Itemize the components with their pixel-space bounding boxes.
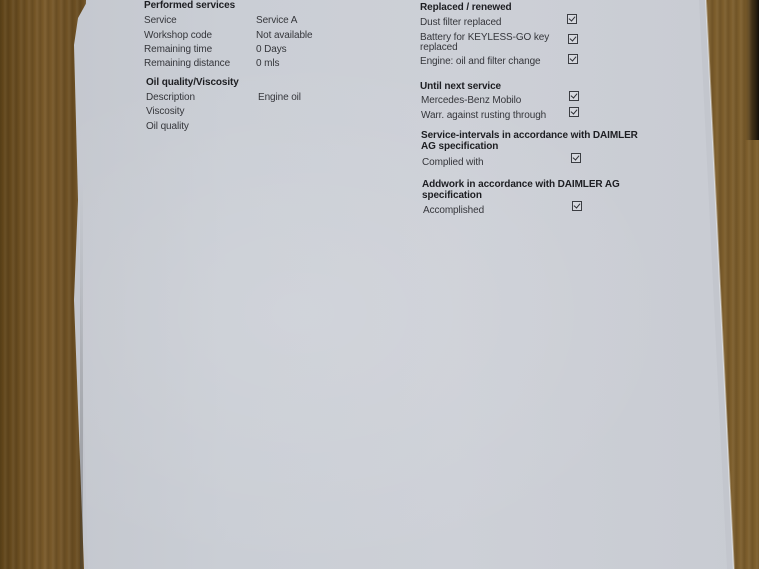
checkbox-checked-icon <box>568 54 578 64</box>
workshop-code-value: Not available <box>256 30 313 42</box>
engine-oil-filter-label: Engine: oil and filter change <box>420 56 541 68</box>
accomplished-label: Accomplished <box>423 205 484 217</box>
service-intervals-heading-line2: AG specification <box>421 141 498 153</box>
remaining-time-value: 0 Days <box>256 44 287 56</box>
remaining-distance-label: Remaining distance <box>144 58 230 70</box>
checkbox-checked-icon <box>569 107 579 117</box>
service-value: Service A <box>256 15 297 27</box>
until-next-service-heading: Until next service <box>420 81 501 93</box>
checkbox-checked-icon <box>567 14 577 24</box>
performed-services-heading: Performed services <box>144 0 235 12</box>
checkbox-checked-icon <box>569 91 579 101</box>
viscosity-label: Viscosity <box>146 106 184 118</box>
replaced-renewed-heading: Replaced / renewed <box>420 2 512 14</box>
oil-description-value: Engine oil <box>258 92 301 104</box>
checkbox-checked-icon <box>571 153 581 163</box>
oil-quality-label: Oil quality <box>146 121 189 133</box>
service-label: Service <box>144 15 177 27</box>
rust-warranty-label: Warr. against rusting through <box>421 110 546 122</box>
service-report-content: Performed services Service Service A Wor… <box>0 0 759 569</box>
checkbox-checked-icon <box>572 201 582 211</box>
complied-with-label: Complied with <box>422 157 484 169</box>
keyless-battery-label-line2: replaced <box>420 42 458 54</box>
mobilo-label: Mercedes-Benz Mobilo <box>421 95 521 107</box>
dust-filter-label: Dust filter replaced <box>420 17 501 29</box>
addwork-heading-line2: specification <box>422 190 482 202</box>
oil-quality-heading: Oil quality/Viscosity <box>146 77 239 89</box>
remaining-time-label: Remaining time <box>144 44 212 56</box>
oil-description-label: Description <box>146 92 195 104</box>
checkbox-checked-icon <box>568 34 578 44</box>
workshop-code-label: Workshop code <box>144 30 212 42</box>
remaining-distance-value: 0 mls <box>256 58 279 70</box>
